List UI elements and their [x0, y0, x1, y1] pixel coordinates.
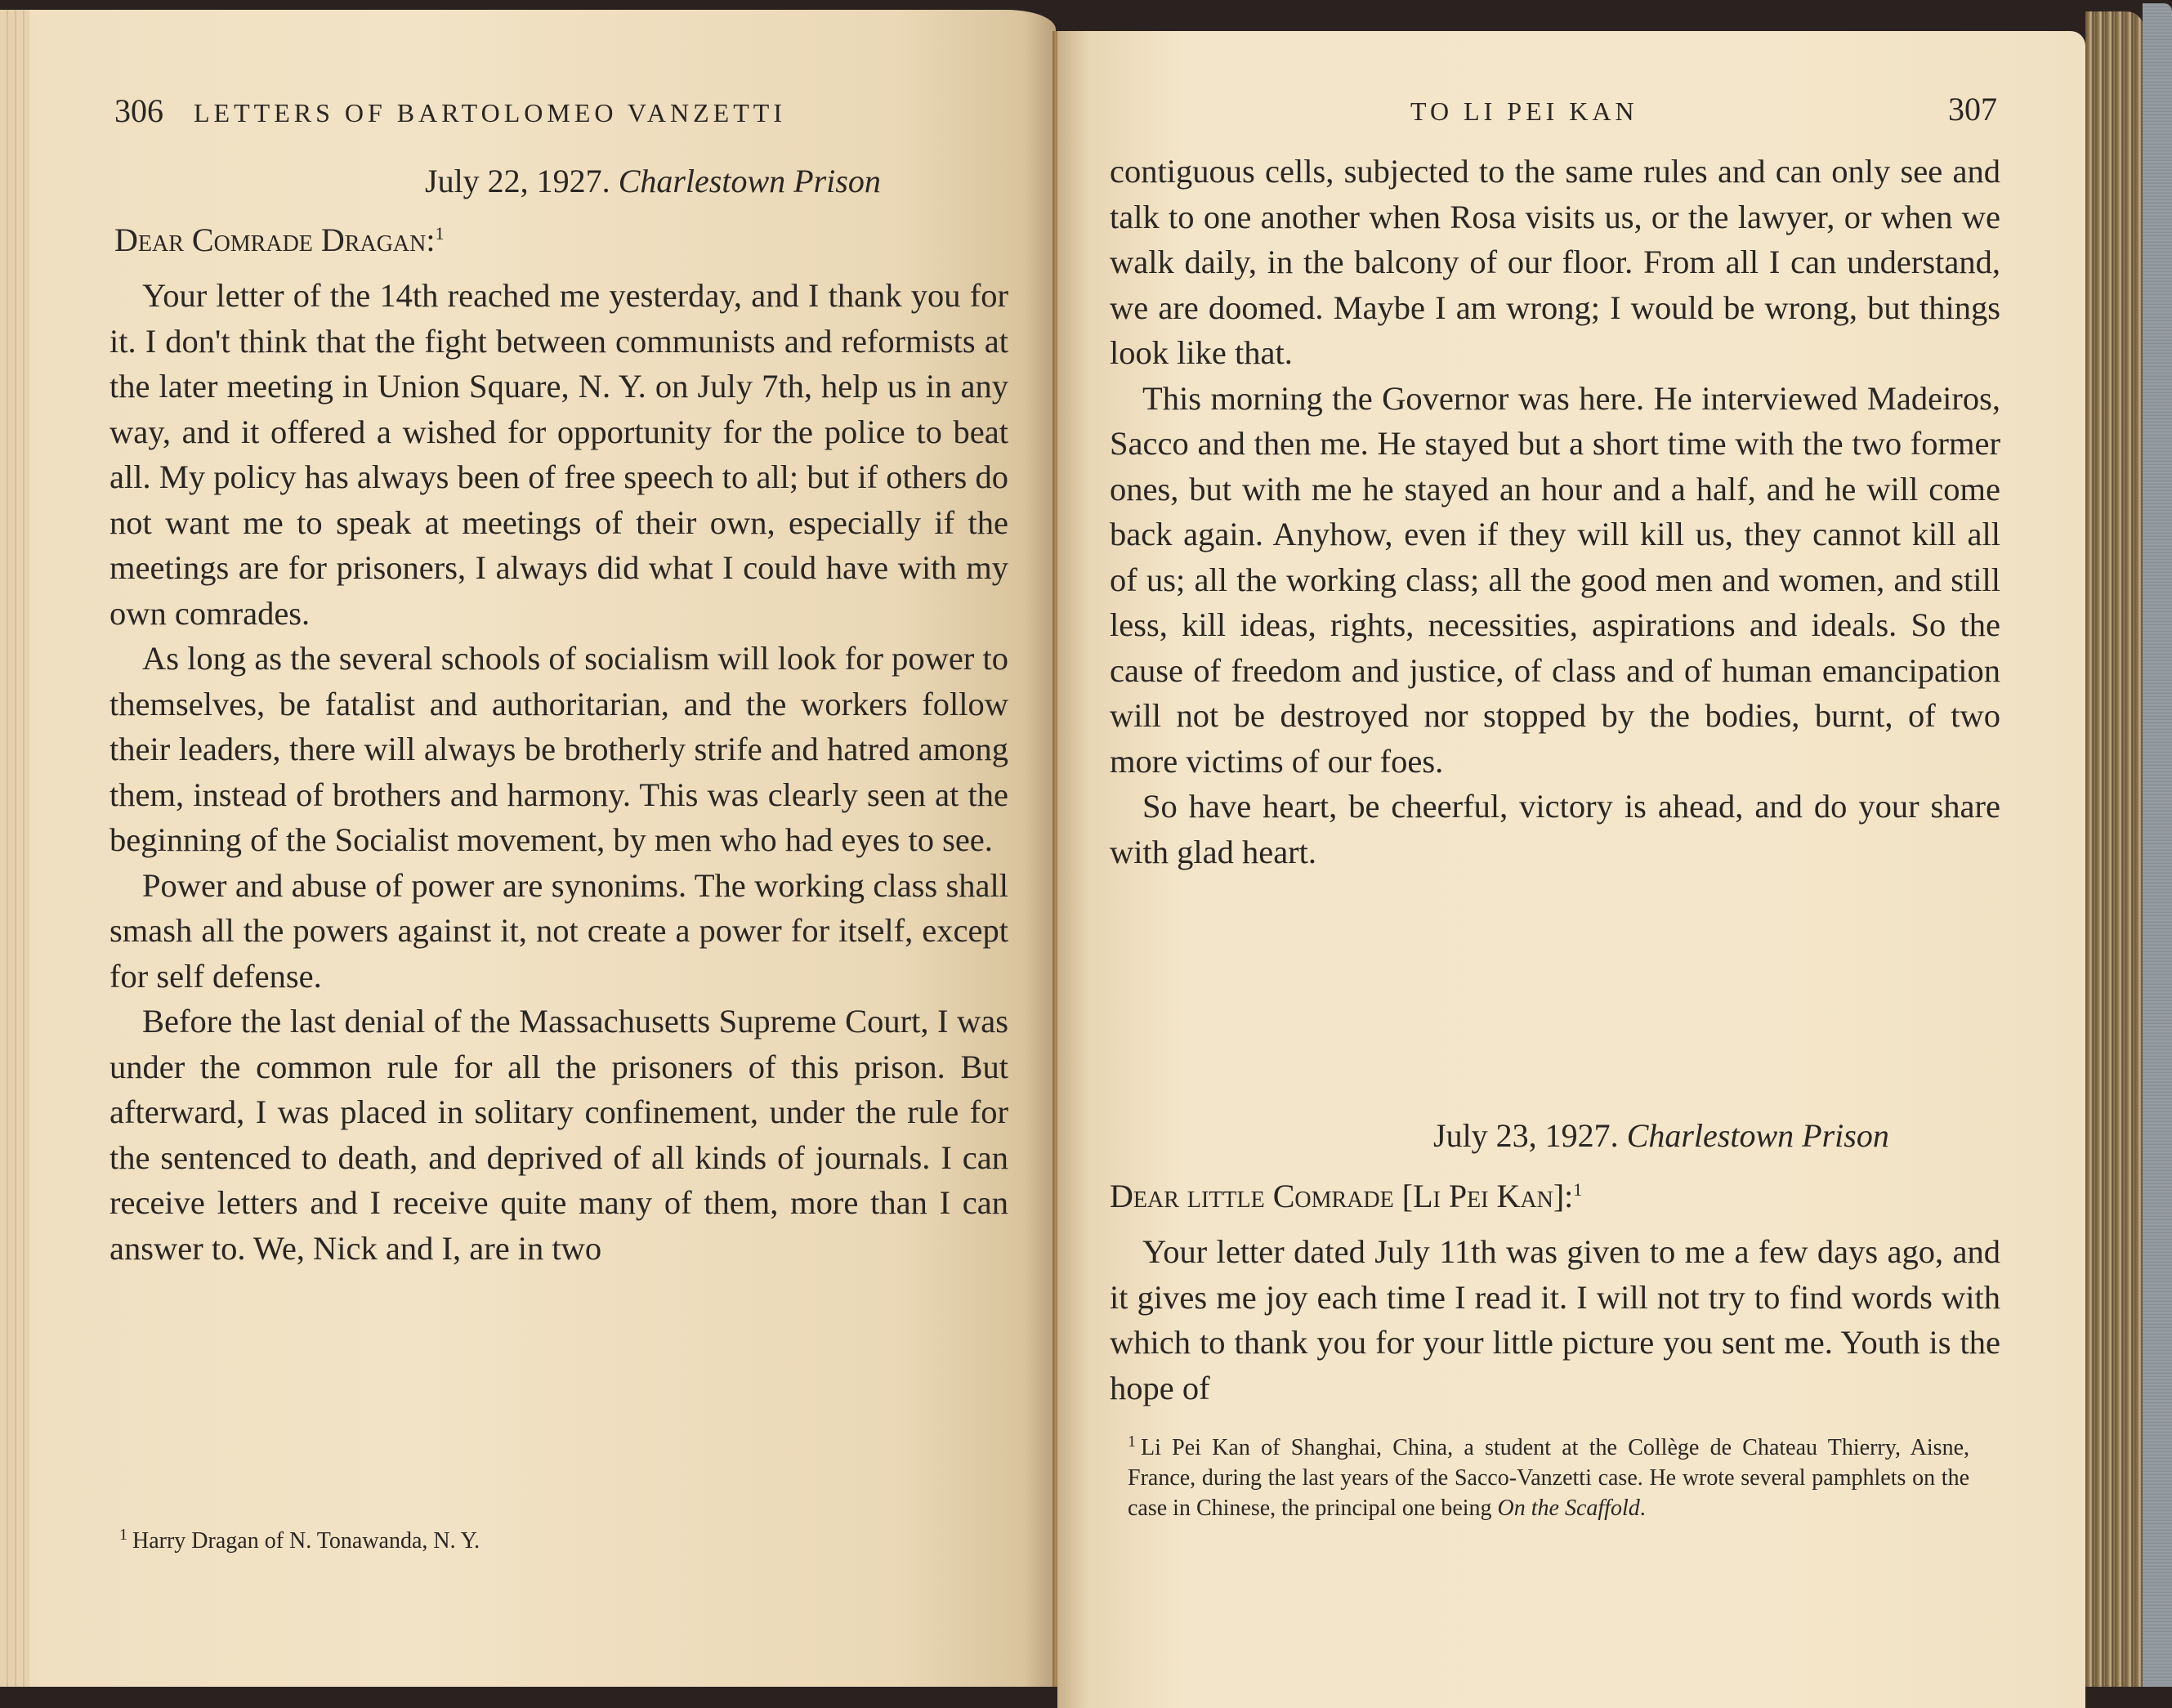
dateline-date: July 23, 1927.: [1433, 1117, 1619, 1154]
paragraph: So have heart, be cheerful, victory is a…: [1110, 784, 2000, 874]
footnote-book-title: On the Scaffold: [1498, 1496, 1640, 1521]
paragraph: As long as the several schools of social…: [109, 636, 1008, 863]
paragraph: This morning the Governor was here. He i…: [1110, 376, 2000, 785]
salutation-text: Dear little Comrade [Li Pei Kan]:: [1110, 1178, 1573, 1214]
paragraph: Before the last denial of the Massachuse…: [109, 999, 1008, 1271]
book-spread: 306 LETTERS OF BARTOLOMEO VANZETTI July …: [0, 0, 2172, 1687]
letter-body-continued: contiguous cells, subjected to the same …: [1110, 149, 2000, 874]
footnote-mark: 1: [119, 1526, 127, 1544]
running-head-title-left: LETTERS OF BARTOLOMEO VANZETTI: [194, 98, 786, 127]
right-running-head-title: TO LI PEI KAN: [1410, 96, 1638, 127]
footnote-ref: 1: [1573, 1179, 1582, 1200]
letter-body-left: Your letter of the 14th reached me yeste…: [109, 273, 1008, 1271]
dateline-right: July 23, 1927. Charlestown Prison: [1433, 1116, 1889, 1155]
page-edge-lines: [0, 10, 29, 1687]
paragraph: contiguous cells, subjected to the same …: [1110, 149, 2000, 376]
right-page: TO LI PEI KAN 307 contiguous cells, subj…: [1057, 31, 2085, 1687]
page-number-left: 306: [114, 92, 163, 129]
dateline-place: Charlestown Prison: [619, 163, 881, 199]
book-cover-edge: [2143, 3, 2172, 1687]
footnote-mark: 1: [1128, 1433, 1136, 1451]
left-page: 306 LETTERS OF BARTOLOMEO VANZETTI July …: [0, 10, 1056, 1687]
dateline-date: July 22, 1927.: [425, 163, 610, 199]
footnote-right: 1Li Pei Kan of Shanghai, China, a studen…: [1128, 1427, 1969, 1523]
paragraph: Your letter dated July 11th was given to…: [1110, 1229, 2000, 1411]
left-running-head: 306 LETTERS OF BARTOLOMEO VANZETTI: [114, 92, 786, 130]
page-number-right: 307: [1948, 91, 1997, 127]
footnote-left: 1Harry Dragan of N. Tonawanda, N. Y.: [119, 1520, 936, 1556]
salutation-right: Dear little Comrade [Li Pei Kan]:1: [1110, 1177, 1582, 1215]
salutation-text: Dear Comrade Dragan:: [114, 221, 435, 258]
dateline-left: July 22, 1927. Charlestown Prison: [425, 162, 881, 200]
right-running-head-number: 307: [1948, 90, 1997, 128]
letter-body-right: Your letter dated July 11th was given to…: [1110, 1229, 2000, 1411]
salutation-left: Dear Comrade Dragan:1: [114, 221, 444, 259]
footnote-ref: 1: [435, 223, 444, 244]
footnote-text: Harry Dragan of N. Tonawanda, N. Y.: [132, 1528, 480, 1554]
footnote-end: .: [1640, 1496, 1646, 1521]
paragraph: Power and abuse of power are synonims. T…: [109, 863, 1008, 999]
paragraph: Your letter of the 14th reached me yeste…: [109, 273, 1008, 636]
dateline-place: Charlestown Prison: [1627, 1117, 1889, 1154]
page-stack-edge: [2085, 11, 2144, 1687]
